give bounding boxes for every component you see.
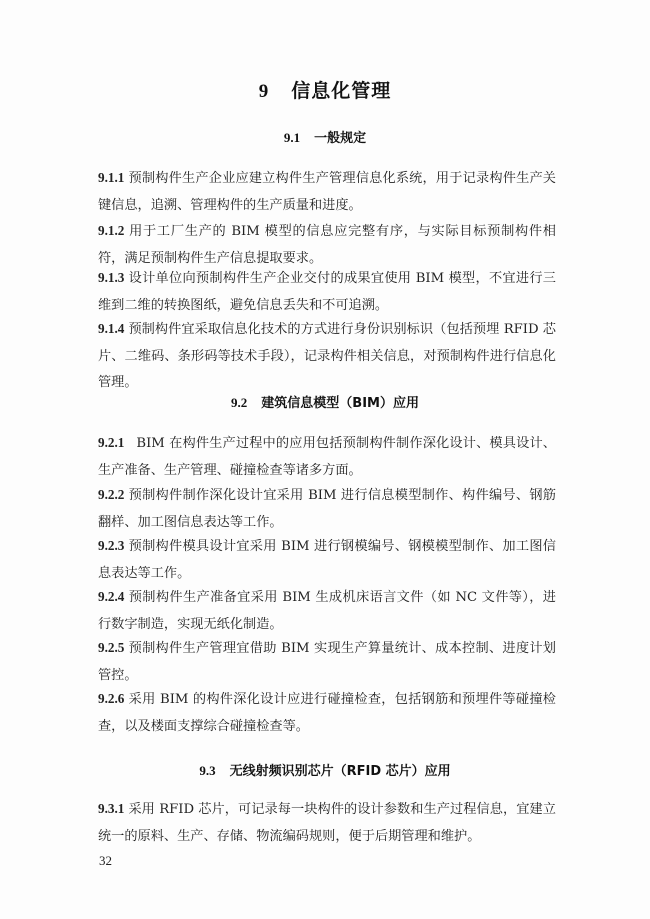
chapter-title: 9信息化管理 [0,76,650,103]
clause-number: 9.2.5 [98,640,124,655]
clause-9-1-2: 9.1.2用于工厂生产的 BIM 模型的信息应完整有序，与实际目标预制构件相符，… [98,218,556,272]
chapter-title-text: 信息化管理 [291,80,391,102]
clause-9-1-1: 9.1.1预制构件生产企业应建立构件生产管理信息化系统，用于记录构件生产关键信息… [98,165,556,219]
page-number: 32 [99,853,112,869]
clause-text: 预制构件生产管理宜借助 BIM 实现生产算量统计、成本控制、进度计划管控。 [98,641,556,683]
clause-9-3-1: 9.3.1采用 RFID 芯片，可记录每一块构件的设计参数和生产过程信息，宜建立… [98,796,556,850]
clause-number: 9.2.2 [98,487,124,502]
clause-text: 预制构件模具设计宜采用 BIM 进行钢模编号、钢模模型制作、加工图信息表达等工作… [98,539,556,581]
clause-number: 9.2.3 [98,538,124,553]
clause-9-2-6: 9.2.6采用 BIM 的构件深化设计应进行碰撞检查，包括钢筋和预埋件等碰撞检查… [98,686,556,740]
clause-text: 用于工厂生产的 BIM 模型的信息应完整有序，与实际目标预制构件相符，满足预制构… [98,224,556,266]
clause-text: 预制构件生产准备宜采用 BIM 生成机床语言文件（如 NC 文件等），进行数字制… [98,590,556,632]
section-title-9-3: 9.3无线射频识别芯片（RFID 芯片）应用 [0,760,650,779]
clause-9-2-1: 9.2.1BIM 在构件生产过程中的应用包括预制构件制作深化设计、模具设计、生产… [98,430,556,484]
document-page: 9信息化管理 9.1一般规定 9.1.1预制构件生产企业应建立构件生产管理信息化… [0,0,650,919]
clause-9-2-5: 9.2.5预制构件生产管理宜借助 BIM 实现生产算量统计、成本控制、进度计划管… [98,635,556,689]
clause-number: 9.1.3 [98,270,124,285]
section-title-text: 建筑信息模型（BIM）应用 [261,396,419,411]
clause-text: 预制构件宜采取信息化技术的方式进行身份识别标识（包括预埋 RFID 芯片、二维码… [98,322,556,390]
clause-text: 采用 RFID 芯片，可记录每一块构件的设计参数和生产过程信息，宜建立统一的原料… [98,802,556,844]
section-title-text: 无线射频识别芯片（RFID 芯片）应用 [230,764,451,779]
clause-text: 采用 BIM 的构件深化设计应进行碰撞检查，包括钢筋和预埋件等碰撞检查，以及楼面… [98,692,556,734]
section-title-text: 一般规定 [314,131,366,146]
clause-9-2-2: 9.2.2预制构件制作深化设计宜采用 BIM 进行信息模型制作、构件编号、钢筋翻… [98,482,556,536]
clause-text: 预制构件生产企业应建立构件生产管理信息化系统，用于记录构件生产关键信息，追溯、管… [98,171,556,213]
clause-number: 9.2.4 [98,589,124,604]
section-title-9-1: 9.1一般规定 [0,127,650,146]
section-title-9-2: 9.2建筑信息模型（BIM）应用 [0,392,650,411]
clause-number: 9.1.2 [98,223,124,238]
clause-number: 9.2.1 [98,435,124,450]
section-number: 9.1 [284,130,300,145]
chapter-number: 9 [259,81,270,102]
clause-text: 设计单位向预制构件生产企业交付的成果宜使用 BIM 模型，不宜进行三维到二维的转… [98,271,556,313]
clause-9-2-4: 9.2.4预制构件生产准备宜采用 BIM 生成机床语言文件（如 NC 文件等），… [98,584,556,638]
clause-9-2-3: 9.2.3预制构件模具设计宜采用 BIM 进行钢模编号、钢模模型制作、加工图信息… [98,533,556,587]
section-number: 9.3 [199,763,215,778]
clause-number: 9.2.6 [98,691,124,706]
clause-9-1-4: 9.1.4预制构件宜采取信息化技术的方式进行身份识别标识（包括预埋 RFID 芯… [98,316,556,397]
clause-text: 预制构件制作深化设计宜采用 BIM 进行信息模型制作、构件编号、钢筋翻样、加工图… [98,488,556,530]
clause-text: BIM 在构件生产过程中的应用包括预制构件制作深化设计、模具设计、生产准备、生产… [98,436,556,478]
clause-number: 9.3.1 [98,801,124,816]
clause-9-1-3: 9.1.3设计单位向预制构件生产企业交付的成果宜使用 BIM 模型，不宜进行三维… [98,265,556,319]
clause-number: 9.1.4 [98,321,124,336]
clause-number: 9.1.1 [98,170,124,185]
section-number: 9.2 [231,395,247,410]
